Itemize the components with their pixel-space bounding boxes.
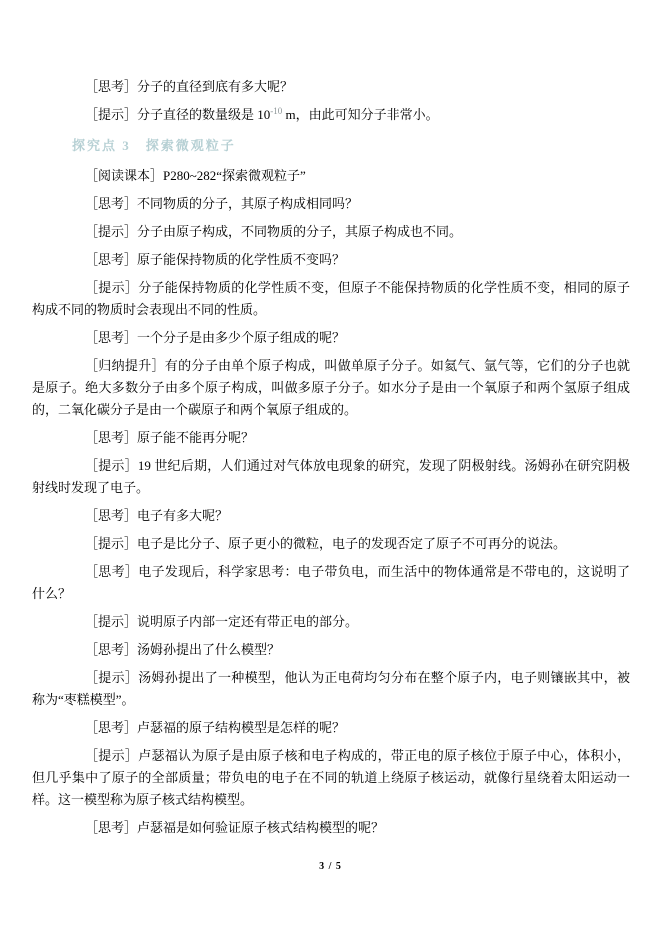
text-run: ［思考］原子能保持物质的化学性质不变吗？ (85, 252, 345, 267)
paragraph: ［提示］分子直径的数量级是 10-10 m，由此可知分子非常小。 (32, 104, 630, 127)
paragraph: ［思考］卢瑟福的原子结构模型是怎样的呢？ (32, 717, 630, 739)
text-run: ［思考］一个分子是由多少个原子组成的呢？ (85, 330, 345, 345)
paragraph: ［思考］卢瑟福是如何验证原子核式结构模型的呢？ (32, 817, 630, 839)
text-run: ［归纳提升］有的分子由单个原子构成，叫做单原子分子。如氦气、氩气等，它们的分子也… (32, 358, 630, 417)
paragraph: ［提示］卢瑟福认为原子是由原子核和电子构成的，带正电的原子核位于原子中心，体积小… (32, 745, 630, 811)
text-run: ［阅读课本］P280~282“探索微观粒子” (85, 168, 306, 183)
text-run: ［提示］电子是比分子、原子更小的微粒，电子的发现否定了原子不可再分的说法。 (85, 536, 566, 551)
text-run: ［思考］电子发现后，科学家思考：电子带负电，而生活中的物体通常是不带电的，这说明… (32, 564, 630, 601)
paragraph: ［思考］电子发现后，科学家思考：电子带负电，而生活中的物体通常是不带电的，这说明… (32, 561, 630, 605)
paragraph: ［思考］不同物质的分子，其原子构成相同吗？ (32, 193, 630, 215)
superscript-exponent: -10 (270, 106, 282, 116)
paragraph: ［思考］电子有多大呢？ (32, 505, 630, 527)
text-run: ［提示］分子由原子构成，不同物质的分子，其原子构成也不同。 (85, 224, 462, 239)
paragraph: ［提示］分子能保持物质的化学性质不变，但原子不能保持物质的化学性质不变，相同的原… (32, 277, 630, 321)
text-run: ［思考］电子有多大呢？ (85, 508, 228, 523)
paragraph: ［提示］分子由原子构成，不同物质的分子，其原子构成也不同。 (32, 221, 630, 243)
text-run: m，由此可知分子非常小。 (282, 107, 438, 122)
text-run: ［提示］汤姆孙提出了一种模型，他认为正电荷均匀分布在整个原子内，电子则镶嵌其中，… (32, 670, 630, 707)
paragraph: ［归纳提升］有的分子由单个原子构成，叫做单原子分子。如氦气、氩气等，它们的分子也… (32, 355, 630, 421)
paragraph: ［思考］分子的直径到底有多大呢？ (32, 76, 630, 98)
page-number-indicator: 3 / 5 (0, 856, 661, 878)
text-run: ［提示］分子直径的数量级是 10 (85, 107, 270, 122)
text-run: ［思考］卢瑟福是如何验证原子核式结构模型的呢？ (85, 820, 384, 835)
section-heading: 探究点 3 探索微观粒子 (32, 135, 630, 157)
text-run: ［提示］分子能保持物质的化学性质不变，但原子不能保持物质的化学性质不变，相同的原… (32, 280, 630, 317)
paragraph: ［思考］原子能保持物质的化学性质不变吗？ (32, 249, 630, 271)
paragraph: ［思考］原子能不能再分呢？ (32, 427, 630, 449)
text-run: ［思考］分子的直径到底有多大呢？ (85, 79, 293, 94)
paragraph: ［提示］19 世纪后期，人们通过对气体放电现象的研究，发现了阴极射线。汤姆孙在研… (32, 455, 630, 499)
paragraph: ［思考］一个分子是由多少个原子组成的呢？ (32, 327, 630, 349)
text-run: 探究点 3 探索微观粒子 (72, 138, 236, 153)
text-run: ［提示］19 世纪后期，人们通过对气体放电现象的研究，发现了阴极射线。汤姆孙在研… (32, 458, 630, 495)
text-run: ［思考］不同物质的分子，其原子构成相同吗？ (85, 196, 358, 211)
paragraph: ［阅读课本］P280~282“探索微观粒子” (32, 165, 630, 187)
text-run: ［思考］卢瑟福的原子结构模型是怎样的呢？ (85, 720, 345, 735)
paragraph: ［提示］电子是比分子、原子更小的微粒，电子的发现否定了原子不可再分的说法。 (32, 533, 630, 555)
text-run: ［思考］汤姆孙提出了什么模型？ (85, 642, 280, 657)
paragraph: ［思考］汤姆孙提出了什么模型？ (32, 639, 630, 661)
paragraph: ［提示］汤姆孙提出了一种模型，他认为正电荷均匀分布在整个原子内，电子则镶嵌其中，… (32, 667, 630, 711)
document-body: ［思考］分子的直径到底有多大呢？［提示］分子直径的数量级是 10-10 m，由此… (32, 76, 630, 845)
text-run: ［思考］原子能不能再分呢？ (85, 430, 254, 445)
text-run: ［提示］说明原子内部一定还有带正电的部分。 (85, 614, 358, 629)
text-run: ［提示］卢瑟福认为原子是由原子核和电子构成的，带正电的原子核位于原子中心，体积小… (32, 748, 630, 807)
paragraph: ［提示］说明原子内部一定还有带正电的部分。 (32, 611, 630, 633)
